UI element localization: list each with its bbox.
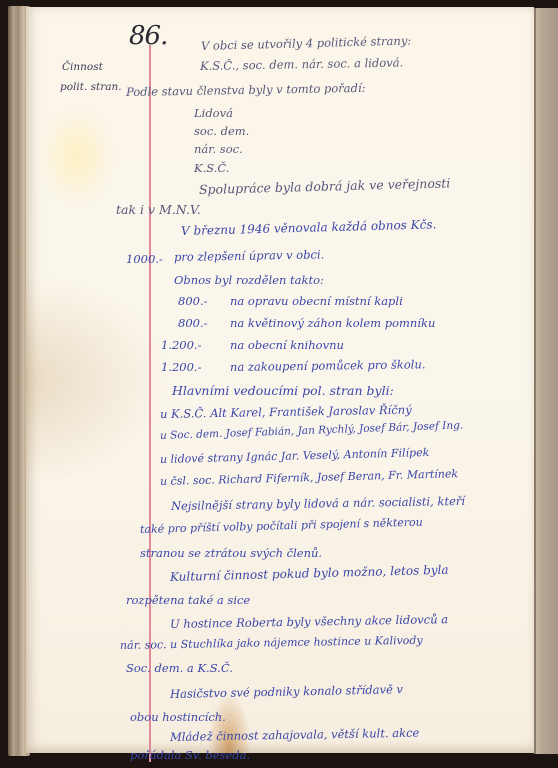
text-line: K.S.Č., soc. dem. nár. soc. a lidová. <box>200 55 403 73</box>
text-line: rozpětena také a sice <box>126 593 250 607</box>
text-line: na zakoupení pomůcek pro školu. <box>230 357 426 374</box>
text-line: soc. dem. <box>194 124 249 138</box>
text-line: u lidové strany Ignác Jar. Veselý, Anton… <box>160 446 430 466</box>
amount-library: 1.200.- <box>161 338 201 352</box>
amount-flowerbed: 800.- <box>178 316 208 330</box>
text-line: na květinový záhon kolem pomníku <box>230 316 435 330</box>
text-line: pořádala Sv. beseda. <box>130 748 250 762</box>
text-line: u čsl. soc. Richard Fiferník, Josef Bera… <box>160 467 458 488</box>
text-line: pro zlepšení úprav v obci. <box>174 247 325 264</box>
text-line: Obnos byl rozdělen takto: <box>174 273 324 287</box>
text-line: K.S.Č. <box>194 161 229 175</box>
margin-note-line-1: Činnost <box>60 57 146 77</box>
text-line: nár. soc. u Stuchlíka jako nájemce hosti… <box>120 634 423 652</box>
text-line: V obci se utvořily 4 politické strany: <box>201 33 412 52</box>
text-line: stranou se ztrátou svých členů. <box>140 546 322 560</box>
amount-total: 1000.- <box>126 252 163 266</box>
text-line: také pro příští volby počítali při spoje… <box>140 516 423 536</box>
text-line: Kulturní činnost pokud bylo možno, letos… <box>170 563 449 584</box>
text-line: u K.S.Č. Alt Karel, František Jaroslav Ř… <box>160 403 412 421</box>
text-line: Mládež činnost zahajovala, větší kult. a… <box>170 726 420 744</box>
text-line: Spolupráce byla dobrá jak ve veřejnosti <box>199 175 451 197</box>
text-line: u Soc. dem. Josef Fabián, Jan Rychlý, Jo… <box>160 419 464 442</box>
text-line: tak i v M.N.V. <box>116 202 201 217</box>
page-number: 86. <box>129 21 167 51</box>
text-line: na obecní knihovnu <box>230 338 344 352</box>
text-line: Lidová <box>194 106 233 120</box>
chronicle-page: 86. Činnost polit. stran. V obci se utvo… <box>26 7 534 753</box>
text-line: Hasičstvo své podniky konalo střídavě v <box>170 682 403 701</box>
text-line: nár. soc. <box>194 142 243 156</box>
text-line: Nejsilnější strany byly lidová a nár. so… <box>171 494 465 513</box>
text-line: U hostince Roberta byly všechny akce lid… <box>170 612 448 631</box>
right-page-edge <box>534 8 558 754</box>
book-scan: 86. Činnost polit. stran. V obci se utvo… <box>0 0 558 768</box>
text-line: Hlavními vedoucími pol. stran byli: <box>172 383 394 398</box>
text-line: Podle stavu členstva byly v tomto pořadí… <box>126 81 366 99</box>
text-line: na opravu obecní místní kapli <box>230 294 403 308</box>
amount-school: 1.200.- <box>161 360 201 374</box>
amount-chapel: 800.- <box>178 294 208 308</box>
text-line: obou hostincích. <box>130 710 226 724</box>
text-line: V březnu 1946 věnovala každá obnos Kčs. <box>181 217 437 238</box>
text-line: Soc. dem. a K.S.Č. <box>126 661 233 675</box>
